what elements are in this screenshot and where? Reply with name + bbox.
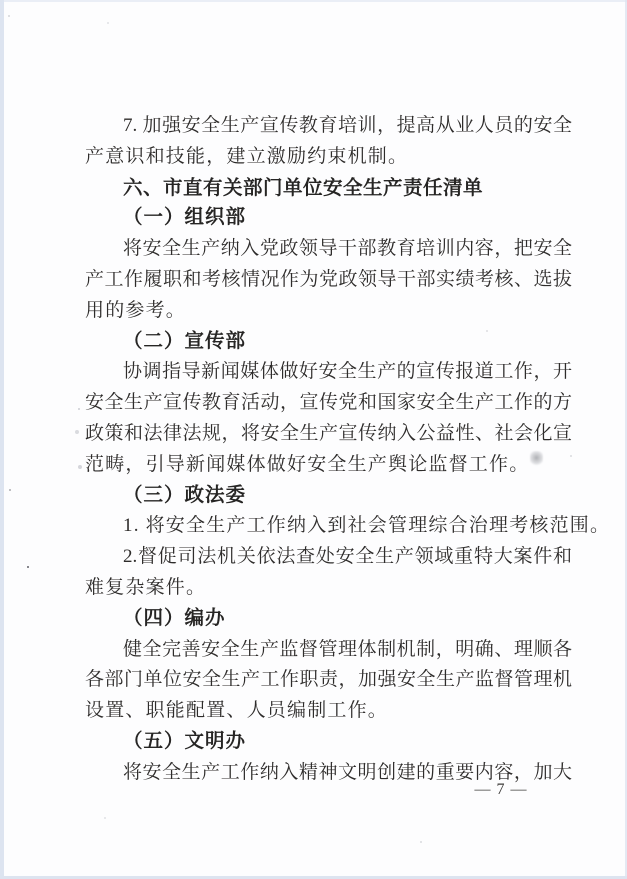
text-line: 1. 将安全生产工作纳入到社会管理综合治理考核范围。 xyxy=(85,511,572,542)
text-line: 产意识和技能，建立激励约束机制。 xyxy=(85,142,572,173)
text-line: 安全生产宣传教育活动，宣传党和国家安全生产工作的方针 xyxy=(85,388,572,419)
subsection-heading: （五）文明办 xyxy=(85,727,572,758)
scanned-document-page: 7. 加强安全生产宣传教育培训，提高从业人员的安全生 产意识和技能，建立激励约束… xyxy=(0,0,627,879)
section-heading: 六、市直有关部门单位安全生产责任清单 xyxy=(85,173,572,204)
text-line: 设置、职能配置、人员编制工作。 xyxy=(85,696,572,727)
subsection-heading: （一）组织部 xyxy=(85,203,572,234)
subsection-heading: （四）编办 xyxy=(85,604,572,635)
text-line: 用的参考。 xyxy=(85,296,572,327)
text-line: 将安全生产纳入党政领导干部教育培训内容，把安全生 xyxy=(85,234,572,265)
text-line: 范畴，引导新闻媒体做好安全生产舆论监督工作。 xyxy=(85,450,572,481)
text-line: 协调指导新闻媒体做好安全生产的宣传报道工作，开展 xyxy=(85,357,572,388)
text-line: 政策和法律法规，将安全生产宣传纳入公益性、社会化宣传 xyxy=(85,419,572,450)
subsection-heading: （二）宣传部 xyxy=(85,327,572,358)
text-line: 难复杂案件。 xyxy=(85,573,572,604)
text-line: 2.督促司法机关依法查处安全生产领域重特大案件和疑 xyxy=(85,542,572,573)
subsection-heading: （三）政法委 xyxy=(85,481,572,512)
text-line: 各部门单位安全生产工作职责，加强安全生产监督管理机构 xyxy=(85,665,572,696)
text-line: 健全完善安全生产监督管理体制机制，明确、理顺各级 xyxy=(85,635,572,666)
page-number: — 7 — xyxy=(462,781,540,799)
scan-edge-left xyxy=(0,0,4,879)
text-line: 产工作履职和考核情况作为党政领导干部实绩考核、选拔任 xyxy=(85,265,572,296)
document-body: 7. 加强安全生产宣传教育培训，提高从业人员的安全生 产意识和技能，建立激励约束… xyxy=(85,111,572,789)
scan-edge-top xyxy=(0,0,627,2)
text-line: 7. 加强安全生产宣传教育培训，提高从业人员的安全生 xyxy=(85,111,572,142)
